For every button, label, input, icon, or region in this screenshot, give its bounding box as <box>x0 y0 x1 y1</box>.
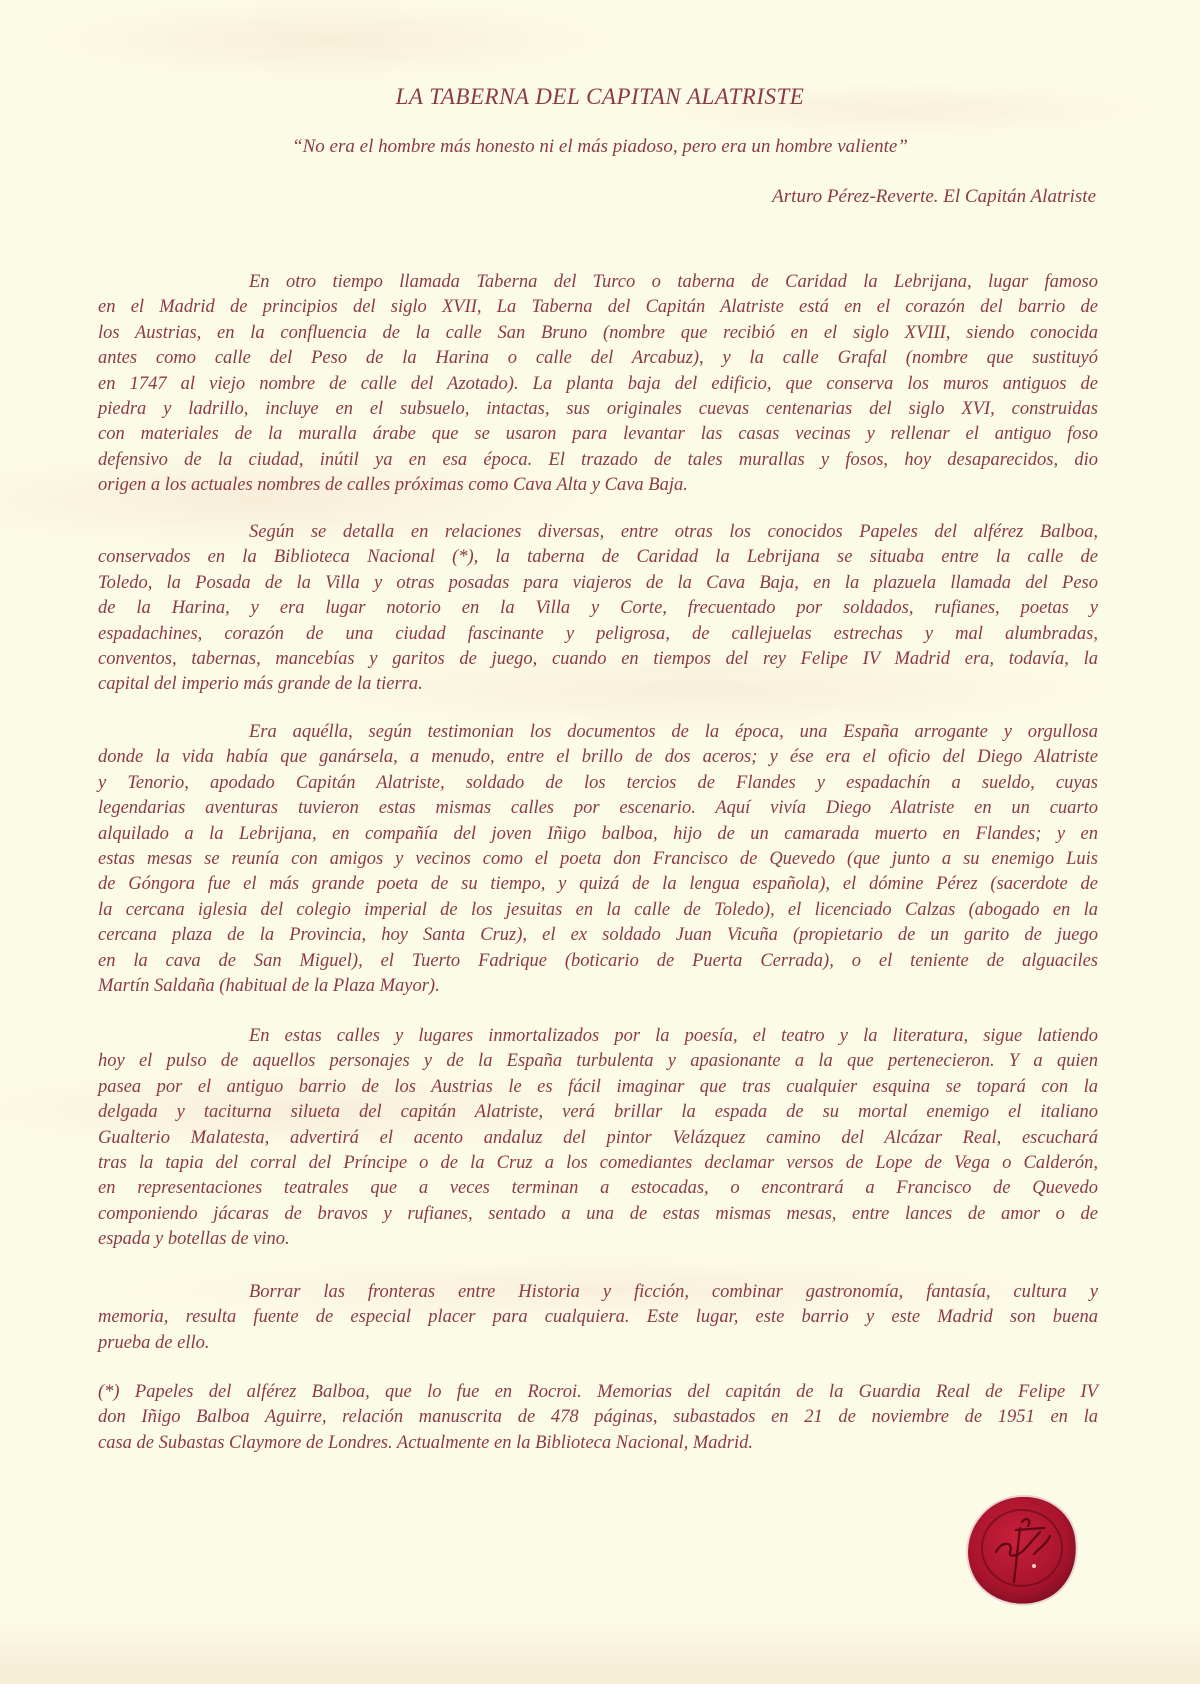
text-line: la cercana iglesia del colegio imperial … <box>98 898 1098 923</box>
text-line: origen a los actuales nombres de calles … <box>98 473 1098 498</box>
text-line: componiendo jácaras de bravos y rufianes… <box>98 1202 1098 1227</box>
footnote: (*) Papeles del alférez Balboa, que lo f… <box>98 1380 1098 1456</box>
text-line: pasea por el antiguo barrio de los Austr… <box>98 1075 1098 1100</box>
document-title: LA TABERNA DEL CAPITAN ALATRISTE <box>0 84 1200 110</box>
text-line: Gualterio Malatesta, advertirá el acento… <box>98 1126 1098 1151</box>
paragraph-1: En otro tiempo llamada Taberna del Turco… <box>98 270 1098 499</box>
text-line: en 1747 al viejo nombre de calle del Azo… <box>98 372 1098 397</box>
text-line: alquilado a la Lebrijana, en compañía de… <box>98 822 1098 847</box>
text-line: piedra y ladrillo, incluye en el subsuel… <box>98 397 1098 422</box>
text-line: en el Madrid de principios del siglo XVI… <box>98 295 1098 320</box>
text-line: (*) Papeles del alférez Balboa, que lo f… <box>98 1380 1098 1405</box>
text-line: En otro tiempo llamada Taberna del Turco… <box>98 270 1098 295</box>
text-line: espadachines, corazón de una ciudad fasc… <box>98 622 1098 647</box>
text-line: Borrar las fronteras entre Historia y fi… <box>98 1280 1098 1305</box>
text-line: donde la vida había que ganársela, a men… <box>98 745 1098 770</box>
text-line: antes como calle del Peso de la Harina o… <box>98 346 1098 371</box>
text-line: defensivo de la ciudad, inútil ya en esa… <box>98 448 1098 473</box>
text-line: con materiales de la muralla árabe que s… <box>98 422 1098 447</box>
text-line: prueba de ello. <box>98 1331 1098 1356</box>
text-line: Según se detalla en relaciones diversas,… <box>98 520 1098 545</box>
epigraph-quote: “No era el hombre más honesto ni el más … <box>0 136 1200 158</box>
text-line: conventos, tabernas, mancebías y garitos… <box>98 647 1098 672</box>
paragraph-3: Era aquélla, según testimonian los docum… <box>98 720 1098 999</box>
epigraph-attribution: Arturo Pérez-Reverte. El Capitán Alatris… <box>772 186 1096 208</box>
text-line: en la cava de San Miguel), el Tuerto Fad… <box>98 949 1098 974</box>
wax-seal-icon <box>962 1492 1080 1608</box>
text-line: tras la tapia del corral del Príncipe o … <box>98 1151 1098 1176</box>
text-line: hoy el pulso de aquellos personajes y de… <box>98 1049 1098 1074</box>
paragraph-5: Borrar las fronteras entre Historia y fi… <box>98 1280 1098 1356</box>
text-line: espada y botellas de vino. <box>98 1227 1098 1252</box>
paragraph-2: Según se detalla en relaciones diversas,… <box>98 520 1098 698</box>
text-line: casa de Subastas Claymore de Londres. Ac… <box>98 1431 1098 1456</box>
text-line: en representaciones teatrales que a vece… <box>98 1176 1098 1201</box>
text-line: Toledo, la Posada de la Villa y otras po… <box>98 571 1098 596</box>
text-line: memoria, resulta fuente de especial plac… <box>98 1305 1098 1330</box>
text-line: de Góngora fue el más grande poeta de su… <box>98 872 1098 897</box>
text-line: delgada y taciturna silueta del capitán … <box>98 1100 1098 1125</box>
text-line: los Austrias, en la confluencia de la ca… <box>98 321 1098 346</box>
paragraph-4: En estas calles y lugares inmortalizados… <box>98 1024 1098 1253</box>
text-line: Martín Saldaña (habitual de la Plaza May… <box>98 974 1098 999</box>
text-line: cercana plaza de la Provincia, hoy Santa… <box>98 923 1098 948</box>
text-line: legendarias aventuras tuvieron estas mis… <box>98 796 1098 821</box>
text-line: capital del imperio más grande de la tie… <box>98 672 1098 697</box>
text-line: estas mesas se reunía con amigos y vecin… <box>98 847 1098 872</box>
text-line: conservados en la Biblioteca Nacional (*… <box>98 545 1098 570</box>
text-line: En estas calles y lugares inmortalizados… <box>98 1024 1098 1049</box>
text-line: Era aquélla, según testimonian los docum… <box>98 720 1098 745</box>
text-line: don Iñigo Balboa Aguirre, relación manus… <box>98 1405 1098 1430</box>
text-line: y Tenorio, apodado Capitán Alatriste, so… <box>98 771 1098 796</box>
text-line: de la Harina, y era lugar notorio en la … <box>98 596 1098 621</box>
